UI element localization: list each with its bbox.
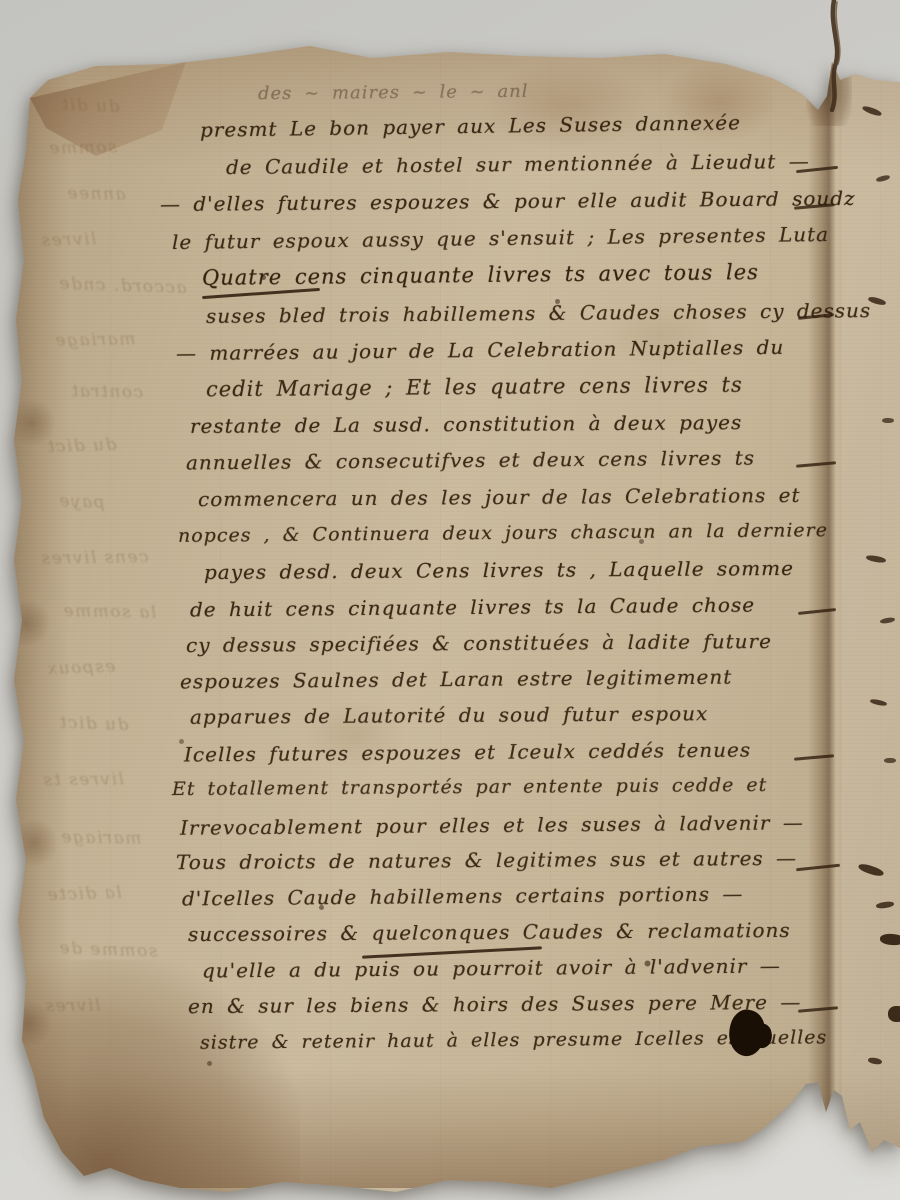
handwritten-line: restante de La susd. constitution à deux…: [190, 410, 742, 438]
handwritten-line: apparues de Lautorité du soud futur espo…: [190, 701, 708, 729]
handwritten-line: le futur espoux aussy que s'ensuit ; Les…: [172, 222, 829, 254]
bleedthrough-line: la somme: [62, 601, 157, 623]
bleedthrough-line: livres: [44, 996, 101, 1017]
handwritten-line: espouzes Saulnes det Laran estre legitim…: [180, 665, 732, 694]
handwritten-line: presmt Le bon payer aux Les Suses dannex…: [200, 110, 741, 142]
handwritten-line: successoires & quelconques Caudes & recl…: [188, 918, 791, 946]
handwritten-line: Et totallement transportés par entente p…: [172, 774, 767, 800]
handwritten-line: nopces , & Continuera deux jours chascun…: [178, 519, 828, 547]
handwritten-line: cy dessus specifiées & constituées à lad…: [186, 629, 772, 657]
handwritten-line: — marrées au jour de La Celebration Nupt…: [176, 335, 784, 365]
handwritten-line: payes desd. deux Cens livres ts , Laquel…: [204, 556, 794, 584]
bleedthrough-line: du dit: [60, 95, 120, 117]
bleedthrough-line: mariage: [60, 827, 142, 848]
bleedthrough-line: espoux: [46, 657, 116, 679]
handwritten-line: Irrevocablement pour elles et les suses …: [180, 810, 804, 839]
ink-mark: [880, 617, 896, 625]
bleedthrough-line: annee: [66, 183, 126, 204]
ink-mark: [888, 1006, 900, 1022]
handwritten-line: commencera un des les jour de las Celebr…: [198, 483, 801, 511]
handwritten-line: en & sur les biens & hoirs des Suses per…: [188, 990, 802, 1018]
bleedthrough-line: la dicte: [46, 883, 122, 906]
bleedthrough-line: du dict: [58, 713, 129, 735]
ink-mark: [862, 105, 883, 117]
handwritten-line: — d'elles futures espouzes & pour elle a…: [160, 186, 856, 216]
photograph-of-manuscript: des ~ maires ~ le ~ anlpresmt Le bon pay…: [0, 0, 900, 1200]
bleedthrough-line: du dict: [46, 435, 117, 457]
handwritten-line: annuelles & consecutifves et deux cens l…: [186, 446, 755, 475]
line-end-flourish: [798, 608, 836, 614]
handwritten-line: Tous droicts de natures & legitimes sus …: [176, 846, 797, 874]
handwritten-line: qu'elle a du puis ou pourroit avoir à l'…: [202, 953, 781, 982]
handwritten-line: des ~ maires ~ le ~ anl: [258, 81, 529, 104]
bleedthrough-line: contrat: [70, 381, 143, 402]
ink-mark: [870, 698, 888, 706]
bleedthrough-line: paye: [58, 491, 105, 513]
handwritten-line: de Caudile et hostel sur mentionnée à Li…: [226, 149, 810, 179]
bleedthrough-line: livres ts: [42, 769, 124, 790]
line-end-flourish: [798, 1006, 838, 1012]
bleedthrough-line: somme de: [58, 938, 158, 961]
handwritten-line: suses bled trois habillemens & Caudes ch…: [206, 298, 871, 328]
ink-mark: [880, 933, 900, 946]
handwritten-line: Quatre cens cinquante livres ts avec tou…: [202, 260, 759, 290]
ink-mark: [876, 901, 895, 909]
ink-mark: [882, 418, 894, 423]
bleedthrough-line: mariage: [54, 329, 136, 350]
handwritten-line: d'Icelles Caude habillemens certains por…: [182, 882, 744, 911]
line-end-flourish: [794, 754, 834, 760]
handwritten-line: de huit cens cinquante livres ts la Caud…: [190, 593, 755, 622]
ink-mark: [876, 174, 891, 182]
line-end-flourish: [796, 864, 840, 871]
handwritten-line: cedit Mariage ; Et les quatre cens livre…: [206, 373, 743, 402]
ink-mark: [884, 758, 896, 763]
bleedthrough-line: accord. cnde: [58, 274, 187, 298]
handwriting-layer: des ~ maires ~ le ~ anlpresmt Le bon pay…: [0, 0, 900, 1200]
ink-mark: [866, 554, 887, 563]
ink-mark: [868, 1057, 883, 1065]
bleedthrough-line: somme: [48, 137, 117, 158]
bleedthrough-line: livres: [40, 229, 97, 251]
line-end-flourish: [796, 461, 836, 467]
handwritten-line: Icelles futures espouzes et Iceulx ceddé…: [184, 738, 751, 767]
bleedthrough-line: cens livres: [40, 547, 149, 569]
ink-mark: [857, 862, 884, 878]
